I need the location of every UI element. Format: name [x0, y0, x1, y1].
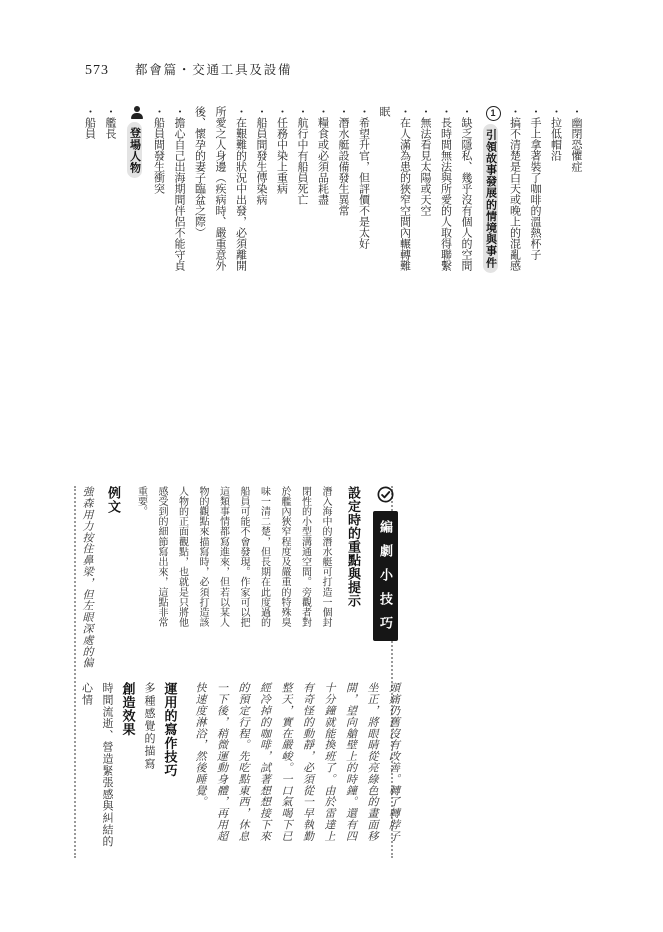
- list-item: 航行中有船員死亡: [292, 106, 313, 274]
- technique-label: 運用的寫作技巧: [159, 682, 181, 854]
- list-item: 任務中染上重病: [271, 106, 292, 274]
- effect-label: 創造效果: [117, 682, 139, 854]
- tips-box-upper-band: 編劇小技巧 設定時的重點與提示 潛入海中的潛水艇可打造一個封閉性的小型溝通空間。…: [76, 486, 400, 682]
- example-label: 例文: [103, 486, 124, 682]
- list-section-header: 1引領故事發展的情境與事件: [479, 106, 502, 274]
- list-item: 在艱難的狀況中出發，必須離開所愛之人身邊（疾病時、嚴重意外後、懷孕的妻子臨盆之際…: [189, 106, 251, 274]
- list-section-header: 登場人物: [123, 106, 146, 274]
- list-item: 擔心自己出海期間伴侶不能守貞: [169, 106, 190, 274]
- list-item: 船員間發生衝突: [148, 106, 169, 274]
- list-item: 潛水艇設備發生異常: [333, 106, 354, 274]
- list-item: 船員: [79, 106, 100, 274]
- tips-box-title: 編劇小技巧: [373, 511, 398, 641]
- technique-value: 多種感覺的描寫: [139, 682, 160, 854]
- list-item: 拉低帽沿: [545, 106, 566, 274]
- tips-paragraph: 潛入海中的潛水艇可打造一個封閉性的小型溝通空間。旁觀者對於艦內狹窄程度及嚴重的特…: [130, 486, 335, 628]
- list-item: 糧食或必須品耗盡: [312, 106, 333, 274]
- circled-1-icon: 1: [486, 106, 501, 121]
- section-title-pill: 引領故事發展的情境與事件: [483, 124, 498, 273]
- page-header: 573 都會篇・交通工具及設備: [85, 60, 292, 79]
- person-icon: [130, 106, 144, 120]
- example-text-part1: 強森用力按住鼻梁，但左眼深處的偏: [76, 486, 97, 676]
- scenario-list: 幽閉恐懼症拉低帽沿手上拿著裝了咖啡的溫熱杯子搞不清楚是白天或晚上的混亂感1引領故…: [79, 106, 586, 274]
- book-page: 573 都會篇・交通工具及設備 幽閉恐懼症拉低帽沿手上拿著裝了咖啡的溫熱杯子搞不…: [0, 0, 663, 932]
- list-item: 幽閉恐懼症: [566, 106, 587, 274]
- list-item: 艦長: [100, 106, 121, 274]
- list-item: 在人滿為患的狹窄空間內輾轉難眠: [374, 106, 415, 274]
- section-title-pill: 登場人物: [127, 122, 142, 178]
- effect-value: 時間流逝、營造緊張感與糾結的心情: [76, 682, 117, 848]
- list-item: 手上拿著裝了咖啡的溫熱杯子: [525, 106, 546, 274]
- list-item: 缺乏隱私、幾乎沒有個人的空間: [456, 106, 477, 274]
- list-item: 長時間無法與所愛的人取得聯繫: [435, 106, 456, 274]
- page-number: 573: [85, 63, 109, 79]
- list-item: 船員間發生傳染病: [251, 106, 272, 274]
- example-text-part2: 頭痛仍舊沒有改善。轉了轉脖子坐正，將眼睛從亮綠色的畫面移開，望向艙壁上的時鐘。還…: [189, 682, 404, 852]
- screenwriting-tips-box: 編劇小技巧 設定時的重點與提示 潛入海中的潛水艇可打造一個封閉性的小型溝通空間。…: [74, 486, 393, 858]
- list-item: 無法看見太陽或天空: [415, 106, 436, 274]
- tips-box-lower-band: 頭痛仍舊沒有改善。轉了轉脖子坐正，將眼睛從亮綠色的畫面移開，望向艙壁上的時鐘。還…: [76, 682, 428, 854]
- list-item: 搞不清楚是白天或晚上的混亂感: [504, 106, 525, 274]
- chapter-title: 都會篇・交通工具及設備: [135, 60, 292, 78]
- list-item: 希望升官，但評價不是太好: [353, 106, 374, 274]
- tips-subheading: 設定時的重點與提示: [342, 486, 364, 682]
- tips-title-column: 編劇小技巧: [373, 486, 398, 682]
- checkmark-circle-icon: [377, 486, 394, 507]
